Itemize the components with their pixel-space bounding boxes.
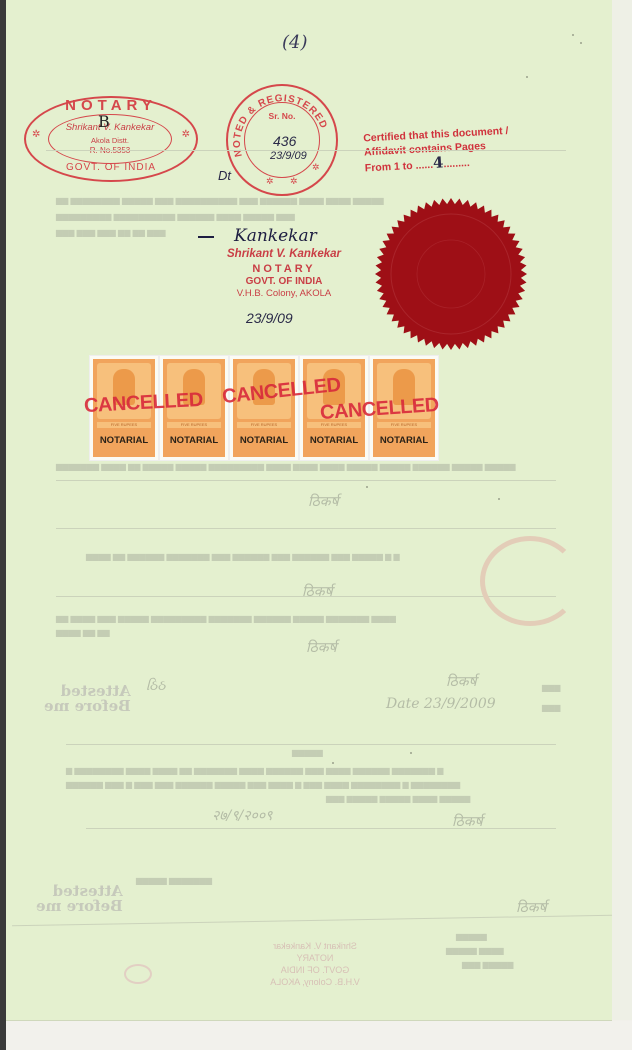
faded-text: ▆ ▆▆▆▆▆▆▆▆ ▆▆▆▆ ▆▆▆▆ ▆▆ ▆▆▆▆▆▆▆ ▆▆▆▆ ▆▆▆… [66, 766, 443, 775]
notary-oval-stamp: NOTARY Shrikant V. Kankekar Akola Distt.… [24, 96, 198, 182]
speck [526, 76, 528, 78]
serial-label: Sr. No. [245, 111, 319, 121]
speck [366, 486, 368, 488]
stamp-value: FIVE RUPEES [167, 422, 221, 428]
notary-address: V.H.B. Colony, AKOLA [202, 288, 366, 299]
page-certification: Certified that this document / Affidavit… [363, 123, 535, 176]
faded-text: ▆▆▆ ▆▆▆▆▆ ▆▆▆▆▆ ▆▆▆▆ ▆▆▆▆▆ [326, 794, 470, 803]
registered-circle-stamp: NOTED & REGISTERED ✲ ✲ ✲ Sr. No. 436 23/… [226, 84, 338, 196]
faded-rule [56, 596, 556, 597]
faded-text: ▆▆▆▆▆ ▆▆▆▆ [446, 946, 504, 955]
stamp-label: NOTARIAL [93, 435, 155, 446]
oval-stamp-footer: GOVT. OF INDIA [26, 162, 196, 173]
speck [498, 498, 500, 500]
faded-handwriting: ठिकर्ष [302, 582, 333, 601]
faded-text: ▆▆▆▆▆▆▆▆▆ ▆▆▆▆▆▆▆▆▆▆ ▆▆▆▆▆▆ ▆▆▆▆ ▆▆▆▆▆ ▆… [56, 212, 295, 221]
notary-jurisdiction: GOVT. OF INDIA [202, 276, 366, 287]
oval-stamp-district: Akola Distt. [49, 136, 171, 145]
oval-stamp-inner-ring: Shrikant V. Kankekar Akola Distt. R. No.… [48, 114, 172, 164]
speck [580, 42, 582, 44]
faded-handwriting: ठिकर्ष [446, 672, 477, 691]
faded-text: ▆▆▆▆▆ ▆▆▆▆▆▆▆ [136, 876, 212, 885]
stamp-value: FIVE RUPEES [237, 422, 291, 428]
faded-rule [56, 480, 556, 481]
attested-stamp-bleed: Attested Before me [44, 684, 131, 714]
faded-mark [124, 964, 152, 984]
faded-text: ▆▆ ▆▆▆▆ ▆▆▆ ▆▆▆▆▆ ▆▆▆▆▆▆▆▆▆ ▆▆▆▆▆▆▆ ▆▆▆▆… [56, 614, 396, 623]
notary-signature: Kankekar [234, 226, 317, 246]
notary-name: Shrikant V. Kankekar [202, 248, 366, 260]
oval-stamp-name: Shrikant V. Kankekar [49, 122, 171, 133]
serial-number: 436 [273, 133, 296, 149]
faded-date: २७/९/२००९ [212, 806, 272, 825]
cert-line-3-prefix: From 1 to [365, 160, 413, 174]
stamp-label: NOTARIAL [373, 435, 435, 446]
document-page: (4) NOTARY Shrikant V. Kankekar Akola Di… [6, 0, 612, 1021]
signature-date: 23/9/09 [246, 310, 293, 326]
faded-heading: ▆▆▆▆▆ [292, 748, 323, 757]
faded-text: ▆▆▆▆▆▆ ▆▆▆ ▆ ▆▆▆ ▆▆▆ ▆▆▆▆▆▆ ▆▆▆▆▆ ▆▆▆ ▆▆… [66, 780, 460, 789]
faded-text: ▆▆▆ ▆▆▆▆▆ [462, 960, 513, 969]
faded-handwriting: ठिकर्ष [516, 898, 547, 917]
oval-stamp-title: NOTARY [26, 97, 196, 114]
stamp-value: FIVE RUPEES [377, 422, 431, 428]
registered-stamp-inner-ring: Sr. No. 436 23/9/09 [244, 102, 320, 178]
faded-text: ▆▆▆▆▆ [456, 932, 487, 941]
registered-date: 23/9/09 [270, 150, 307, 162]
stamp-label: NOTARIAL [233, 435, 295, 446]
page-number: (4) [282, 32, 308, 53]
stamp-label: NOTARIAL [303, 435, 365, 446]
faded-text: ▆▆▆▆ ▆▆ ▆▆ [56, 628, 110, 637]
speck [332, 762, 334, 764]
svg-text:✲: ✲ [290, 176, 298, 186]
faded-rule [86, 828, 556, 829]
stamp-label: NOTARIAL [163, 435, 225, 446]
faded-text: ▆▆▆ [542, 703, 560, 712]
faded-handwriting: ठिकर्ष [308, 492, 339, 511]
speck [410, 752, 412, 754]
signature-dash [198, 236, 214, 238]
handwritten-initials: Dt [218, 168, 231, 183]
faded-rule [56, 528, 556, 529]
faded-text: ▆▆▆▆ ▆▆ ▆▆▆▆▆▆ ▆▆▆▆▆▆▆ ▆▆▆ ▆▆▆▆▆▆ ▆▆▆ ▆▆… [86, 552, 400, 561]
faded-text: ▆▆▆▆▆▆▆ ▆▆▆▆ ▆▆ ▆▆▆▆▆ ▆▆▆▆▆ ▆▆▆▆▆▆▆▆▆ ▆▆… [56, 462, 516, 471]
faded-stamp-impression [480, 536, 580, 626]
notary-title: NOTARY [202, 263, 366, 275]
faded-rule [66, 744, 556, 745]
reversed-notary-stamp-bleed: Shrikant V. Kankekar NOTARY GOVT. OF IND… [240, 940, 390, 988]
attested-stamp-bleed: Attested Before me [36, 884, 123, 914]
faded-text: ▆▆▆ [542, 683, 560, 692]
star-icon: ✲ [182, 129, 190, 140]
star-icon: ✲ [32, 129, 40, 140]
notary-signature-stamp: Shrikant V. Kankekar NOTARY GOVT. OF IND… [202, 248, 366, 299]
notarial-revenue-stamps: FIVE RUPEESNOTARIALFIVE RUPEESNOTARIALFI… [90, 350, 442, 460]
scan-right-margin [612, 0, 632, 1020]
faded-date: Date 23/9/2009 [386, 696, 496, 712]
speck [572, 34, 574, 36]
faded-text: ▆▆ ▆▆▆▆▆▆▆▆ ▆▆▆▆▆ ▆▆▆ ▆▆▆▆▆▆▆▆▆▆ ▆▆▆ ▆▆▆… [56, 196, 384, 205]
faded-text: ▆▆▆ ▆▆▆ ▆▆▆ ▆▆ ▆▆ ▆▆▆ [56, 228, 166, 237]
wax-seal [372, 196, 530, 352]
faded-rule [46, 150, 566, 151]
scan-bottom-margin [6, 1021, 632, 1050]
svg-text:✲: ✲ [266, 176, 274, 186]
revenue-stamp: FIVE RUPEESNOTARIAL [230, 356, 298, 460]
stamp-value: FIVE RUPEES [97, 422, 151, 428]
handwritten-mark: B [98, 112, 110, 131]
page-count: 4 [433, 153, 444, 172]
faded-handwriting: ठिकर्ष [306, 638, 337, 657]
svg-text:✲: ✲ [312, 162, 320, 172]
faded-signature: ઠિઠ [146, 678, 165, 694]
